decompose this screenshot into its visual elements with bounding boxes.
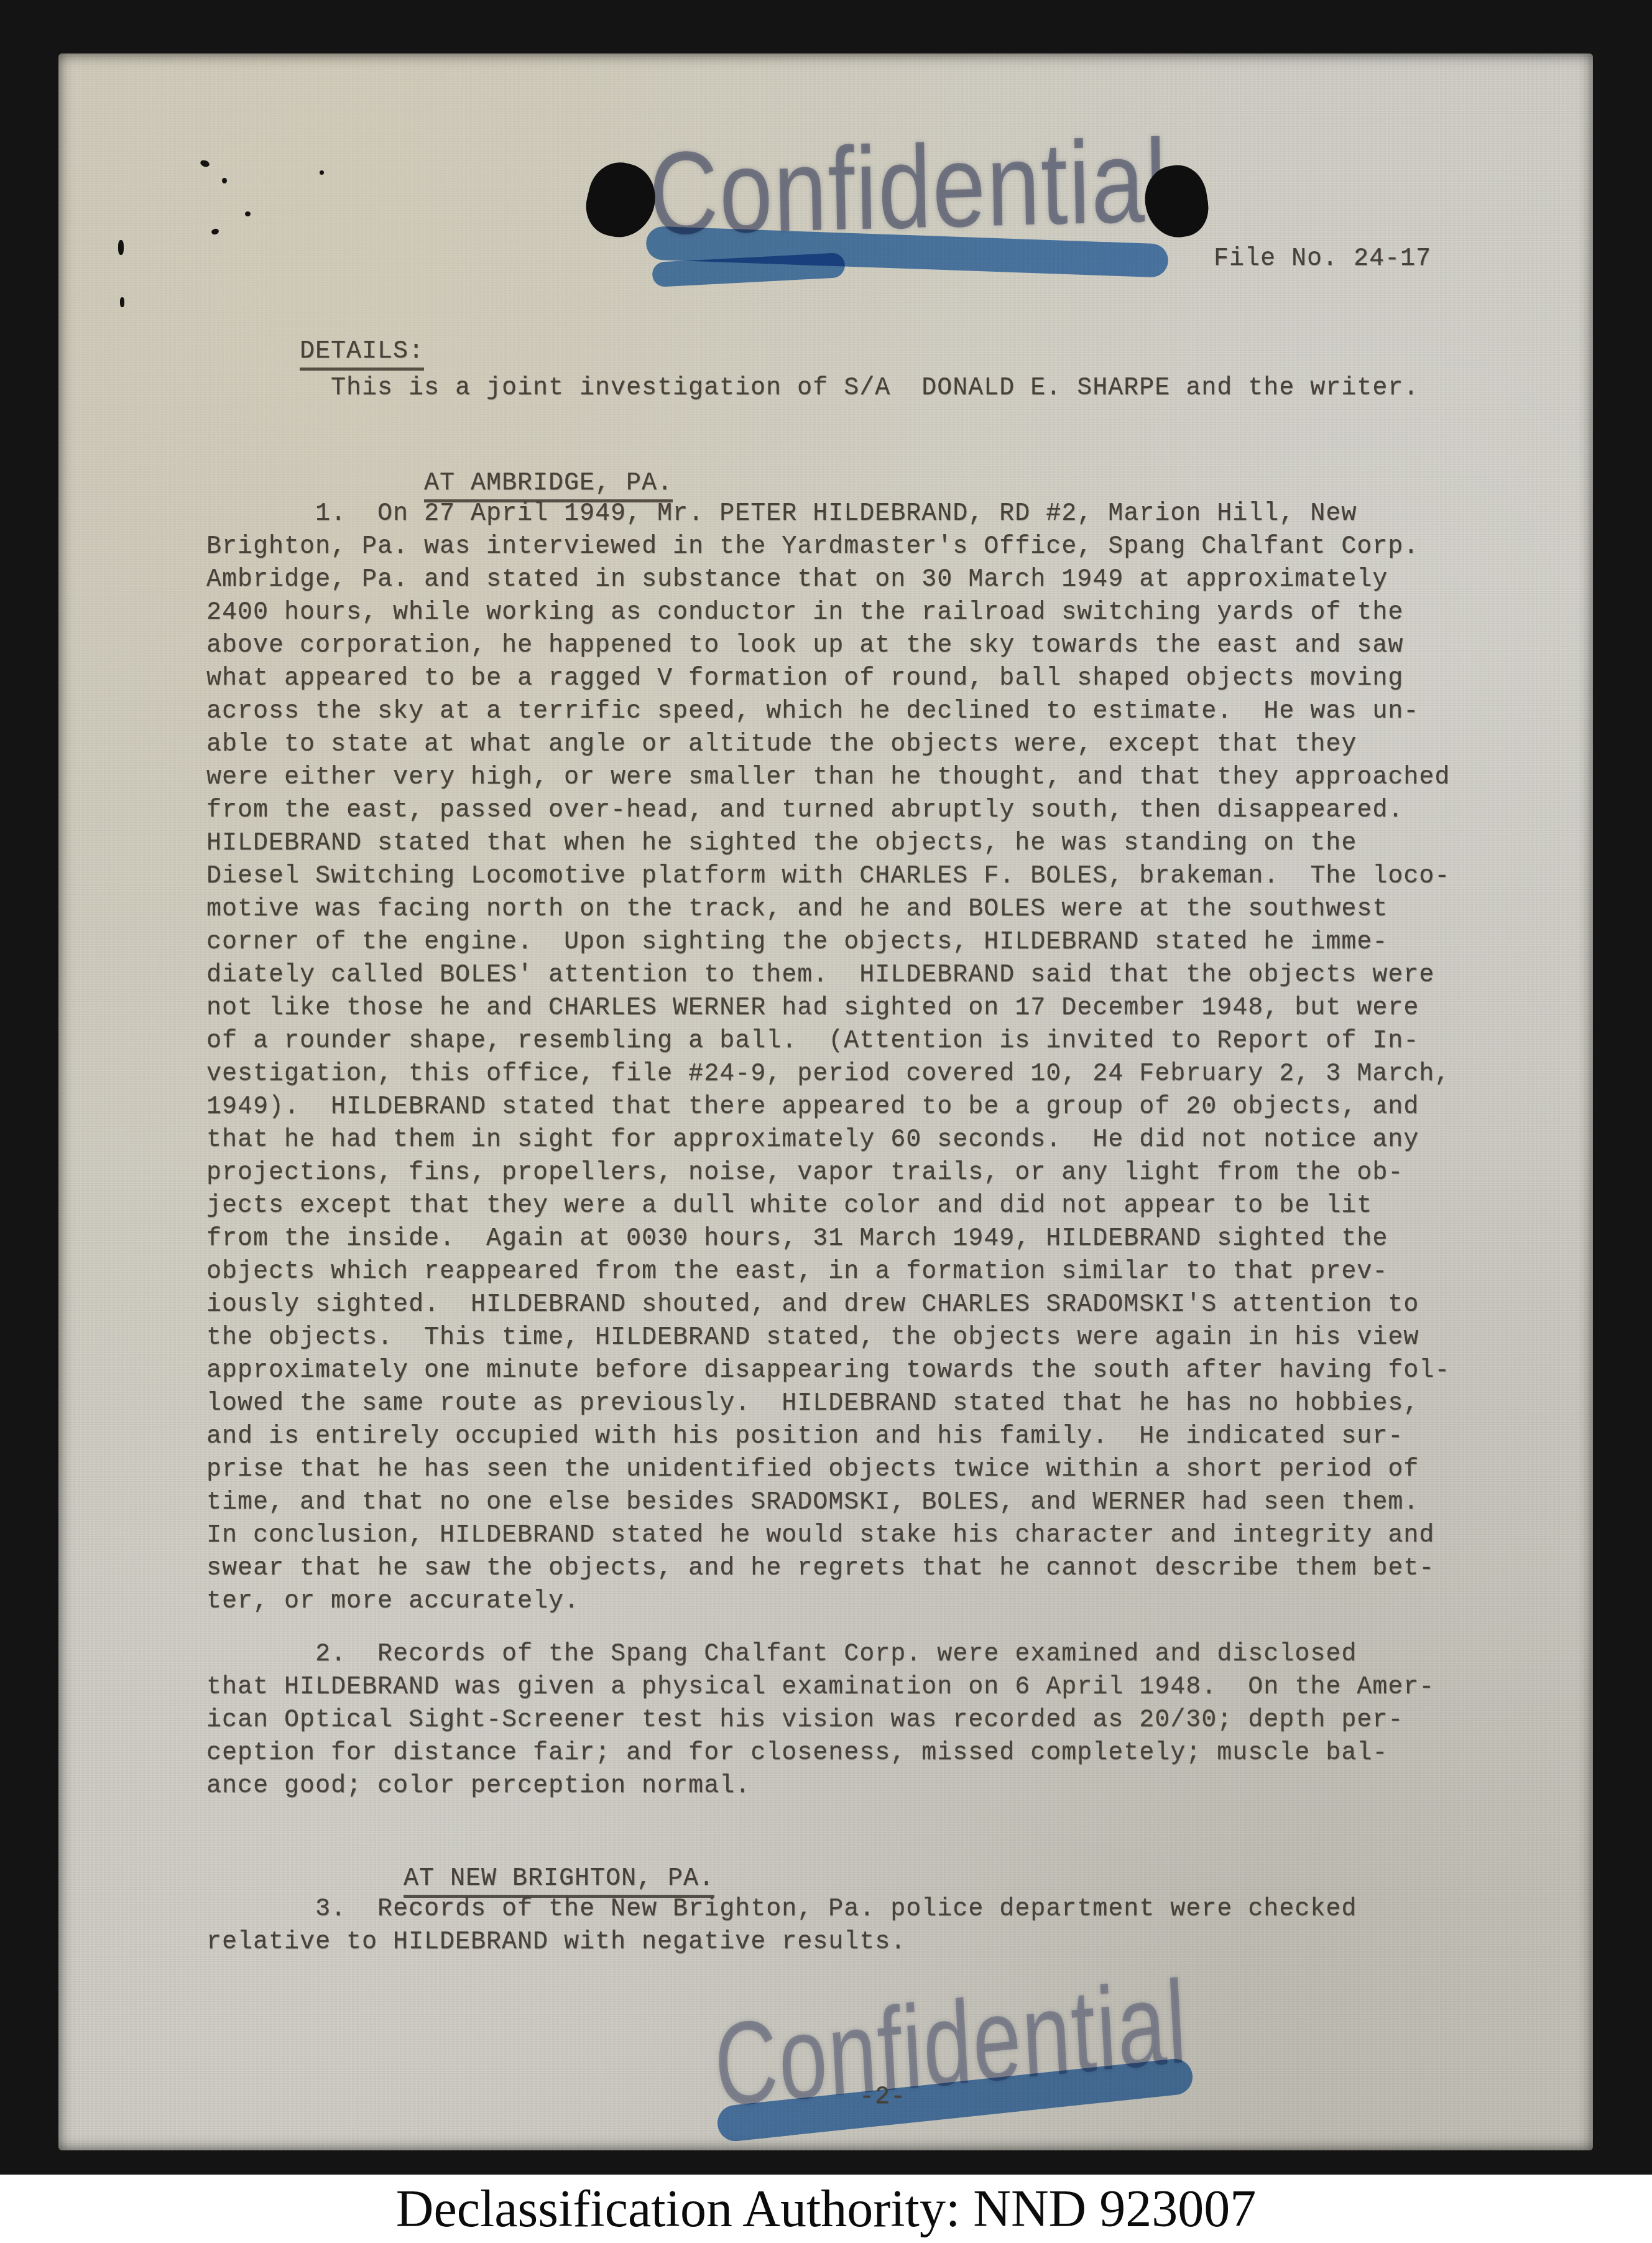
paper-speck xyxy=(200,159,211,169)
paper-edge-chip xyxy=(118,240,124,255)
paper-sheet: Confidential File No. 24-17 DETAILS: Thi… xyxy=(58,53,1593,2150)
hole-punch-right xyxy=(1140,161,1213,242)
paper-speck xyxy=(320,170,324,175)
paper-speck xyxy=(222,178,227,183)
blue-strike-line-bottom xyxy=(716,2057,1194,2143)
paper-speck xyxy=(211,228,219,236)
declassification-footer: Declassification Authority: NND 923007 xyxy=(0,2175,1652,2243)
paragraph-2: 2. Records of the Spang Chalfant Corp. w… xyxy=(206,1638,1506,1803)
paragraph-1: 1. On 27 April 1949, Mr. PETER HILDEBRAN… xyxy=(206,497,1506,1618)
declassification-authority-text: Declassification Authority: NND 923007 xyxy=(396,2179,1256,2239)
scanned-document-page: Confidential File No. 24-17 DETAILS: Thi… xyxy=(0,0,1652,2243)
paragraph-3: 3. Records of the New Brighton, Pa. poli… xyxy=(206,1893,1506,1959)
paper-speck xyxy=(245,211,251,216)
intro-sentence: This is a joint investigation of S/A DON… xyxy=(331,372,1419,405)
paper-edge-chip xyxy=(120,297,124,307)
file-number: File No. 24-17 xyxy=(1214,243,1431,275)
page-number: -2- xyxy=(859,2081,906,2114)
details-heading-label: DETAILS: xyxy=(300,338,424,371)
